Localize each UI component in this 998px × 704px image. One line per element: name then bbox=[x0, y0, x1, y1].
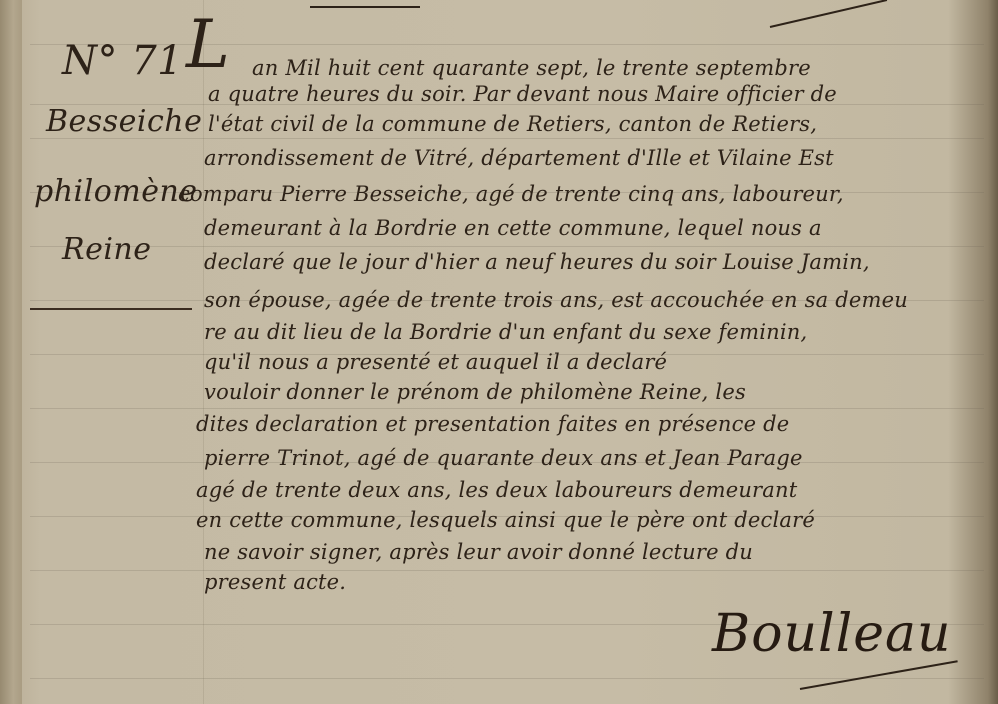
margin-given-name: philomène bbox=[34, 174, 198, 209]
flourish bbox=[770, 0, 887, 28]
signature-flourish bbox=[800, 660, 958, 690]
flourish bbox=[310, 6, 420, 8]
text-line: agé de trente deux ans, les deux laboure… bbox=[196, 478, 797, 502]
text-line: l'état civil de la commune de Retiers, c… bbox=[208, 112, 817, 136]
text-line: demeurant à la Bordrie en cette commune,… bbox=[204, 216, 822, 240]
text-line: ne savoir signer, après leur avoir donné… bbox=[204, 540, 753, 564]
text-line: a quatre heures du soir. Par devant nous… bbox=[208, 82, 837, 106]
text-line: dites declaration et presentation faites… bbox=[196, 412, 789, 436]
ruled-line bbox=[30, 408, 984, 409]
text-line: pierre Trinot, agé de quarante deux ans … bbox=[204, 446, 803, 470]
text-line: re au dit lieu de la Bordrie d'un enfant… bbox=[204, 320, 807, 344]
text-line: qu'il nous a presenté et auquel il a dec… bbox=[204, 350, 667, 374]
act-number: N° 71 bbox=[62, 38, 183, 84]
margin-given-name-2: Reine bbox=[62, 232, 152, 267]
text-line: present acte. bbox=[204, 570, 346, 594]
text-line: an Mil huit cent quarante sept, le trent… bbox=[252, 56, 811, 80]
ruled-line bbox=[30, 678, 984, 679]
register-page: N° 71 Besseiche philomène Reine L an Mil… bbox=[0, 0, 998, 704]
mayor-signature: Boulleau bbox=[712, 604, 952, 664]
margin-surname: Besseiche bbox=[46, 104, 202, 139]
text-line: en cette commune, lesquels ainsi que le … bbox=[196, 508, 815, 532]
text-line: comparu Pierre Besseiche, agé de trente … bbox=[178, 182, 844, 206]
drop-initial: L bbox=[186, 6, 230, 83]
text-line: vouloir donner le prénom de philomène Re… bbox=[204, 380, 746, 404]
text-line: arrondissement de Vitré, département d'I… bbox=[204, 146, 834, 170]
margin-divider bbox=[30, 308, 192, 310]
book-binding bbox=[0, 0, 22, 704]
ruled-line bbox=[30, 246, 984, 247]
ruled-line bbox=[30, 570, 984, 571]
text-line: son épouse, agée de trente trois ans, es… bbox=[204, 288, 908, 312]
text-line: declaré que le jour d'hier a neuf heures… bbox=[204, 250, 870, 274]
